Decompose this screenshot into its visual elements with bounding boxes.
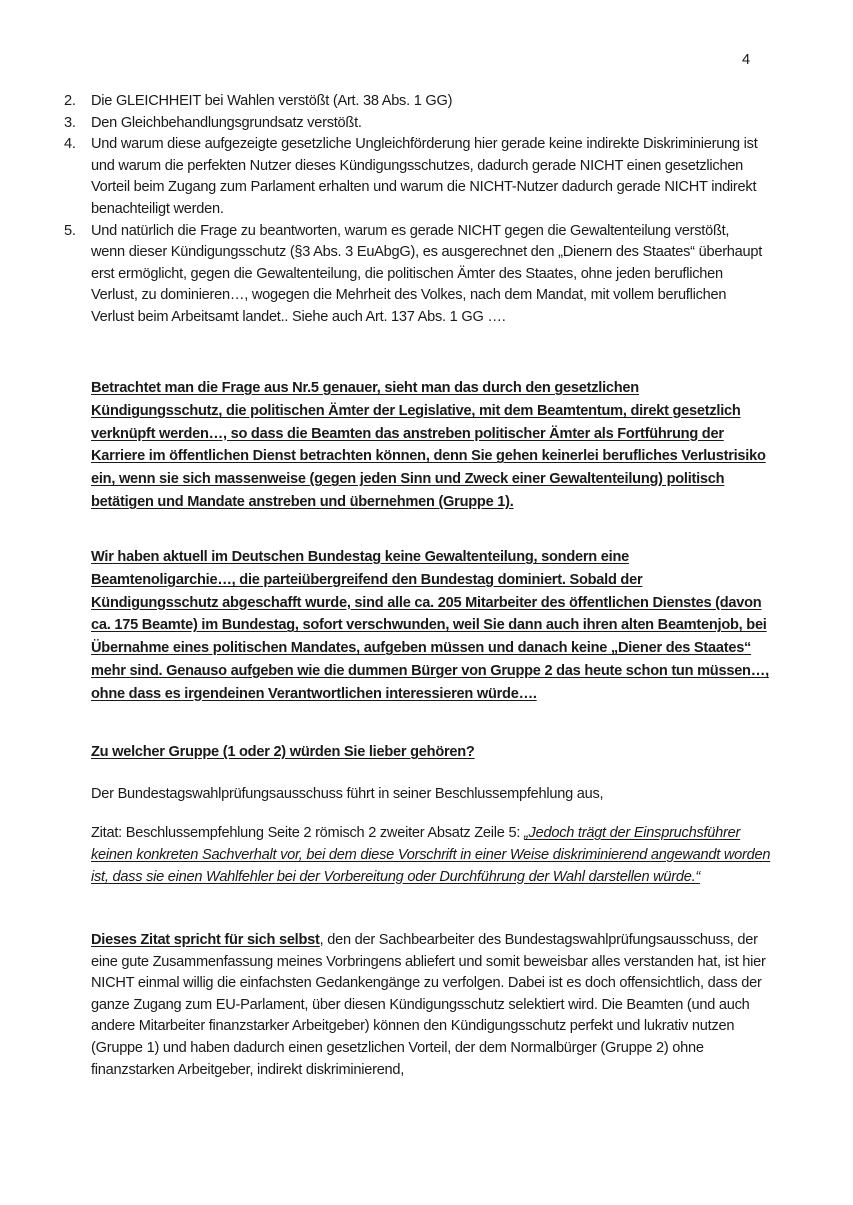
list-item-text: Die GLEICHHEIT bei Wahlen verstößt (Art.… — [91, 93, 452, 109]
emphasis-text: Dieses Zitat spricht für sich selbst — [91, 932, 320, 948]
list-item-number: 4. — [64, 134, 76, 156]
quote-intro: Zitat: Beschlussempfehlung Seite 2 römis… — [91, 825, 524, 841]
paragraph-ausschuss: Der Bundestagswahlprüfungsausschuss führ… — [91, 784, 771, 806]
question-heading: Zu welcher Gruppe (1 oder 2) würden Sie … — [91, 741, 771, 764]
paragraph-wir-haben: Wir haben aktuell im Deutschen Bundestag… — [91, 546, 771, 706]
paragraph-dieses-zitat: Dieses Zitat spricht für sich selbst, de… — [91, 930, 771, 1081]
list-item: 5. Und natürlich die Frage zu beantworte… — [64, 221, 764, 329]
list-item-text: Und natürlich die Frage zu beantworten, … — [91, 223, 762, 325]
list-item-text: Und warum diese aufgezeigte gesetzliche … — [91, 136, 758, 217]
list-item: 4. Und warum diese aufgezeigte gesetzlic… — [64, 134, 764, 220]
list-item-number: 2. — [64, 91, 76, 113]
numbered-list: 2. Die GLEICHHEIT bei Wahlen verstößt (A… — [64, 91, 764, 329]
paragraph-zitat: Zitat: Beschlussempfehlung Seite 2 römis… — [91, 823, 771, 888]
page-number: 4 — [742, 52, 750, 68]
list-item-number: 3. — [64, 113, 76, 135]
list-item-text: Den Gleichbehandlungsgrundsatz verstößt. — [91, 115, 362, 131]
list-item: 3. Den Gleichbehandlungsgrundsatz verstö… — [64, 113, 764, 135]
body-text: , den der Sachbearbeiter des Bundestagsw… — [91, 932, 766, 1078]
paragraph-betrachtet: Betrachtet man die Frage aus Nr.5 genaue… — [91, 377, 771, 514]
list-item: 2. Die GLEICHHEIT bei Wahlen verstößt (A… — [64, 91, 764, 113]
list-item-number: 5. — [64, 221, 76, 243]
